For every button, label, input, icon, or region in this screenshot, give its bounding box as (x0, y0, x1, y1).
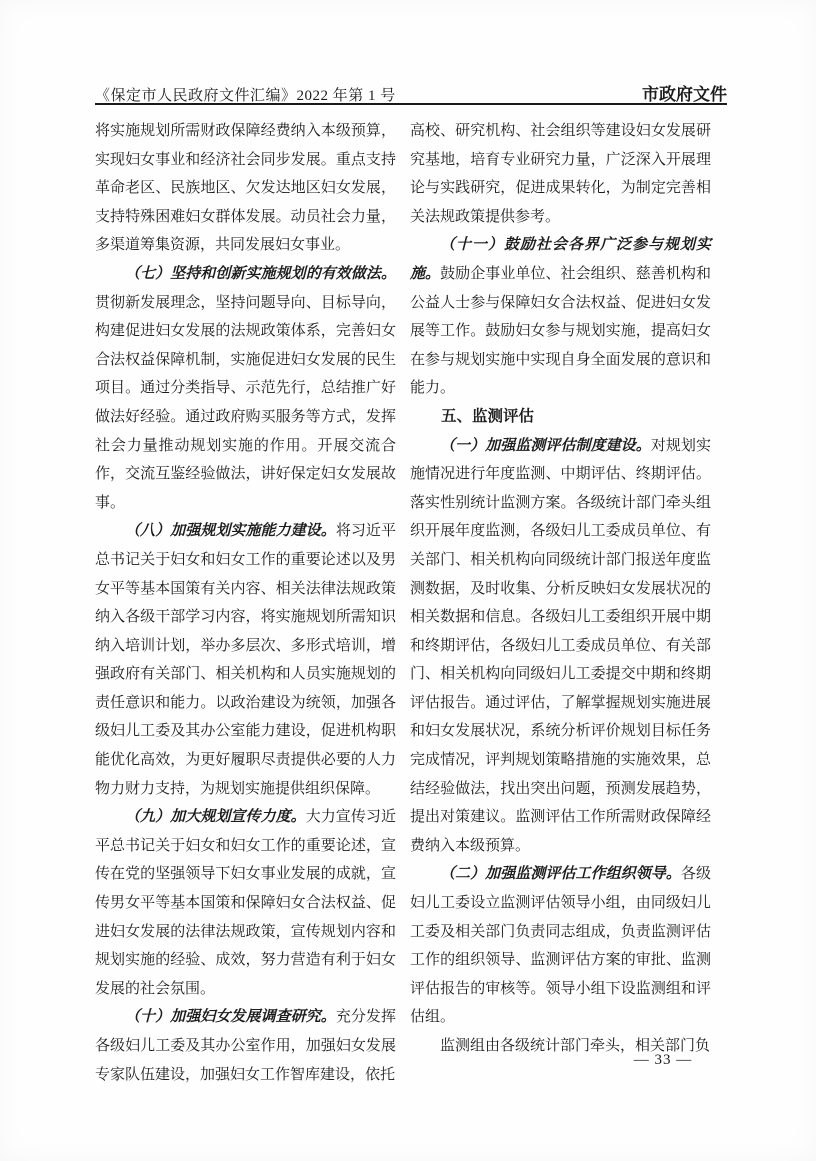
paragraph-item-11: （十一）鼓励社会各界广泛参与规划实施。鼓励企事业单位、社会组织、慈善机构和公益人… (410, 231, 711, 403)
right-column: 高校、研究机构、社会组织等建设妇女发展研究基地，培育专业研究力量，广泛深入开展理… (410, 117, 711, 1089)
document-page: 《保定市人民政府文件汇编》2022 年第 1 号 市政府文件 将实施规划所需财政… (0, 0, 816, 1161)
paragraph-text: 鼓励企事业单位、社会组织、慈善机构和公益人士参与保障妇女合法权益、促进妇女发展等… (410, 266, 711, 396)
paragraph-text: 贯彻新发展理念，坚持问题导向、目标导向，构建促进妇女发展的法规政策体系，完善妇女… (95, 295, 396, 511)
paragraph-item-10: （十）加强妇女发展调查研究。充分发挥各级妇儿工委及其办公室作用，加强妇女发展专家… (95, 1003, 396, 1089)
paragraph-text: 将习近平总书记关于妇女和妇女工作的重要论述以及男女平等基本国策有关内容、相关法律… (95, 523, 396, 796)
paragraph-continuation: 高校、研究机构、社会组织等建设妇女发展研究基地，培育专业研究力量，广泛深入开展理… (410, 117, 711, 231)
section-heading-monitoring-evaluation: 五、监测评估 (410, 403, 711, 432)
left-column: 将实施规划所需财政保障经费纳入本级预算，实现妇女事业和经济社会同步发展。重点支持… (95, 117, 396, 1089)
header-booklet-title: 《保定市人民政府文件汇编》2022 年第 1 号 (95, 84, 396, 105)
paragraph-text: 对规划实施情况进行年度监测、中期评估、终期评估。落实性别统计监测方案。各级统计部… (410, 438, 711, 854)
page-header: 《保定市人民政府文件汇编》2022 年第 1 号 市政府文件 (95, 80, 727, 105)
paragraph-lead: （九）加大规划宣传力度。 (125, 809, 306, 825)
paragraph-item-1: （一）加强监测评估制度建设。对规划实施情况进行年度监测、中期评估、终期评估。落实… (410, 432, 711, 861)
paragraph-lead: （一）加强监测评估制度建设。 (440, 438, 651, 454)
paragraph-lead: （二）加强监测评估工作组织领导。 (440, 866, 681, 882)
paragraph-lead: （七）坚持和创新实施规划的有效做法。 (125, 266, 396, 282)
header-doc-type: 市政府文件 (642, 80, 727, 105)
paragraph-continuation: 将实施规划所需财政保障经费纳入本级预算，实现妇女事业和经济社会同步发展。重点支持… (95, 117, 396, 260)
paragraph-text: 各级妇儿工委设立监测评估领导小组，由同级妇儿工委及相关部门负责同志组成，负责监测… (410, 866, 711, 1025)
paragraph-item-9: （九）加大规划宣传力度。大力宣传习近平总书记关于妇女和妇女工作的重要论述，宣传在… (95, 803, 396, 1003)
paragraph-text: 将实施规划所需财政保障经费纳入本级预算，实现妇女事业和经济社会同步发展。重点支持… (95, 123, 396, 253)
paragraph-text: 高校、研究机构、社会组织等建设妇女发展研究基地，培育专业研究力量，广泛深入开展理… (410, 123, 711, 225)
paragraph-item-8: （八）加强规划实施能力建设。将习近平总书记关于妇女和妇女工作的重要论述以及男女平… (95, 517, 396, 803)
paragraph-lead: （十）加强妇女发展调查研究。 (125, 1009, 336, 1025)
paragraph-text: 大力宣传习近平总书记关于妇女和妇女工作的重要论述，宣传在党的坚强领导下妇女事业发… (95, 809, 396, 997)
paragraph-lead: （八）加强规划实施能力建设。 (125, 523, 336, 539)
header-rule (95, 103, 727, 105)
paragraph-item-7: （七）坚持和创新实施规划的有效做法。贯彻新发展理念，坚持问题导向、目标导向，构建… (95, 260, 396, 517)
two-column-body: 将实施规划所需财政保障经费纳入本级预算，实现妇女事业和经济社会同步发展。重点支持… (95, 117, 711, 1089)
page-number: — 33 — (583, 1052, 743, 1069)
paragraph-item-2: （二）加强监测评估工作组织领导。各级妇儿工委设立监测评估领导小组，由同级妇儿工委… (410, 860, 711, 1032)
